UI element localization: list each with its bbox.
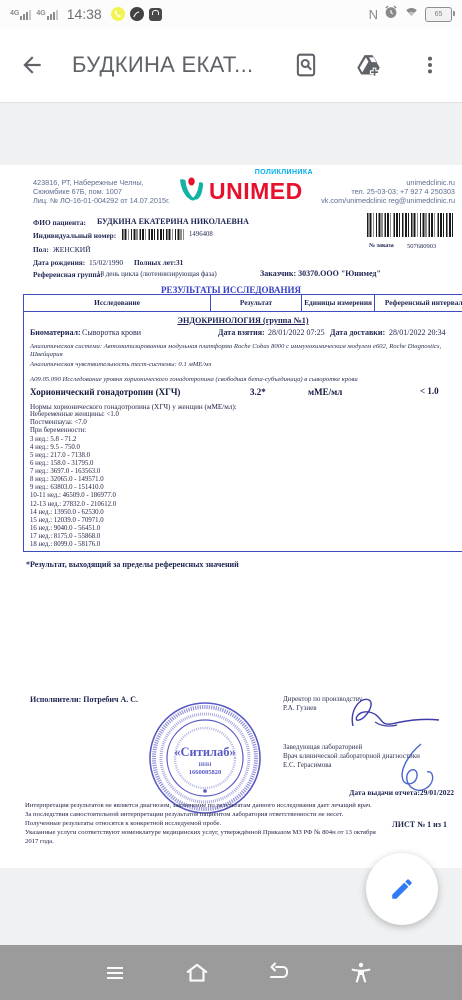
whatsapp-icon (111, 7, 125, 21)
order-barcode (367, 213, 455, 237)
status-time: 14:38 (67, 6, 102, 22)
logo-text: UNIMED (209, 178, 303, 205)
ref-group-value: 18 день цикла (лютеинизирующая фаза) (97, 270, 217, 278)
individual-number-label: Индивидуальный номер: (33, 231, 116, 240)
col-reference: Референсный интервал (375, 295, 462, 311)
list-line: 6 нед.: 158.0 - 31795.0 (30, 460, 237, 468)
list-line: 3 нед.: 5.8 - 71.2 (30, 436, 237, 444)
order-label: № заказа (369, 243, 394, 249)
back-nav-button[interactable] (264, 958, 294, 988)
clinic-logo: ПОЛИКЛИНИКА UNIMED (178, 169, 313, 209)
birth-label: Дата рождения: (33, 258, 85, 267)
battery-icon: 65 (425, 7, 452, 22)
sex-value: ЖЕНСКИЙ (53, 245, 91, 254)
alarm-icon (384, 5, 398, 24)
fio-label: ФИО пациента: (33, 218, 86, 227)
age-value: 31 (176, 258, 183, 267)
list-line: 7 нед.: 3697.0 - 163563.0 (30, 468, 237, 476)
list-line: 4 нед.: 9.5 - 750.0 (30, 444, 237, 452)
list-line: 15 нед.: 12039.0 - 70971.0 (30, 517, 237, 525)
list-line: Указанные услуги соответствуют номенклат… (25, 829, 385, 847)
clinic-address: 423816, РТ, Набережные Челны, Сююмбике 6… (33, 178, 170, 205)
document-page: 423816, РТ, Набережные Челны, Сююмбике 6… (0, 165, 462, 868)
age-label: Полных лет: (134, 258, 176, 267)
list-line: 12-13 нед.: 27832.0 - 210612.0 (30, 501, 237, 509)
ref-group-label: Референсная группа: (33, 270, 103, 279)
list-line: 10-11 нед.: 46509.0 - 186977.0 (30, 492, 237, 500)
list-line: Полученные результаты относятся к конкре… (25, 820, 385, 829)
norms-block: Нормы хорионического гонадотропина (ХГЧ)… (30, 403, 237, 549)
sex-label: Пол: (33, 245, 49, 254)
svg-text:ИНН: ИНН (199, 762, 213, 768)
customer-line: Заказчик: 30370.ООО "Юнимед" (260, 269, 381, 278)
back-arrow-button[interactable] (18, 51, 46, 79)
col-units: Единицы измерения (302, 295, 376, 311)
home-nav-button[interactable] (182, 958, 212, 988)
birth-value: 15/02/1990 (89, 258, 123, 267)
navigation-bar (0, 945, 462, 1000)
list-line: Интерпретация результатов не является ди… (25, 802, 385, 811)
clinic-contacts: unimedclinic.ru тел. 25-03-03; +7 927 4 … (321, 178, 455, 205)
signal-icon-1: 4G (10, 9, 31, 20)
list-line: При беременности: (30, 427, 237, 435)
section-title: ЭНДОКРИНОЛОГИЯ (группа №1) (23, 316, 462, 325)
analytic-system-note: Аналитическая система: Автоматизированна… (30, 343, 458, 359)
patient-barcode (122, 229, 184, 240)
list-line: 16 нед.: 9040.0 - 56451.0 (30, 525, 237, 533)
document-title: БУДКИНА ЕКАТ... (72, 52, 253, 78)
delivered-label: Дата доставки: (330, 328, 385, 337)
overflow-menu-button[interactable] (416, 51, 444, 79)
bag-app-icon (149, 8, 162, 21)
edit-fab-button[interactable] (366, 853, 438, 925)
patient-number: 1496408 (189, 231, 213, 238)
document-viewer[interactable]: 423816, РТ, Набережные Челны, Сююмбике 6… (0, 103, 462, 945)
test-reference: < 1.0 (420, 386, 439, 396)
citilab-stamp: «Ситилаб» ИНН 1660085820 (148, 699, 263, 817)
sensitivity-note: Аналитическая чувствительность тест-сист… (30, 361, 450, 369)
accessibility-nav-button[interactable] (346, 958, 376, 988)
test-name: Хорионический гонадотропин (ХГЧ) (30, 387, 180, 397)
list-line: Постменпауза: <7.0 (30, 419, 237, 427)
svg-text:1660085820: 1660085820 (189, 769, 222, 776)
list-line: 18 нед.: 8099.0 - 58176.0 (30, 541, 237, 549)
taken-value: 28/01/2022 07:25 (268, 328, 325, 337)
list-line: 8 нед.: 32065.0 - 149571.0 (30, 476, 237, 484)
norms-list: Небеременные женщины: <1.0Постменпауза: … (30, 411, 237, 549)
nfc-icon: N (369, 7, 378, 22)
patient-name: БУДКИНА ЕКАТЕРИНА НИКОЛАЕВНА (97, 217, 249, 226)
out-of-range-footnote: *Результат, выходящий за пределы референ… (26, 560, 239, 569)
delivered-value: 28/01/2022 20:34 (389, 328, 446, 337)
menu-nav-button[interactable] (100, 958, 130, 988)
results-table-header: Исследование Результат Единицы измерения… (23, 294, 462, 312)
executors-line: Исполнители: Потребич А. С. (30, 695, 138, 704)
add-to-drive-button[interactable] (354, 51, 382, 79)
col-study: Исследование (24, 295, 211, 311)
biomaterial-label: Биоматериал: (30, 328, 81, 337)
test-result: 3.2* (250, 387, 266, 397)
taken-label: Дата взятия: (218, 328, 265, 337)
issue-date: Дата выдачи отчета:29/01/2022 (349, 788, 454, 797)
footer-disclaimer: Интерпретация результатов не является ди… (25, 802, 385, 847)
wifi-icon (404, 5, 419, 23)
app-bar: БУДКИНА ЕКАТ... (0, 28, 462, 103)
find-in-document-button[interactable] (292, 51, 320, 79)
unimed-logo-icon (178, 177, 208, 205)
norms-title: Нормы хорионического гонадотропина (ХГЧ)… (30, 403, 237, 411)
biomaterial-value: Сыворотка крови (82, 328, 141, 337)
list-line: Небеременные женщины: <1.0 (30, 411, 237, 419)
list-line: 5 нед.: 217.0 - 7138.0 (30, 452, 237, 460)
order-number: 507680903 (407, 243, 436, 250)
svg-text:«Ситилаб»: «Ситилаб» (174, 745, 236, 759)
list-line: За последствия самостоятельной интерпрет… (25, 811, 385, 820)
logo-subtitle: ПОЛИКЛИНИКА (255, 169, 313, 176)
list-line: 14 нед.: 13950.0 - 62530.0 (30, 509, 237, 517)
list-line: 17 нед.: 8175.0 - 55868.0 (30, 533, 237, 541)
code-note: А09.05.090 Исследование уровня хориониче… (30, 376, 458, 384)
sheet-number: ЛИСТ № 1 из 1 (392, 820, 447, 829)
signal-icon-2: 4G (36, 9, 57, 20)
status-bar: 4G 4G 14:38 N 65 (0, 0, 462, 28)
list-line: 9 нед.: 63803.0 - 151410.0 (30, 484, 237, 492)
col-result: Результат (211, 295, 302, 311)
director-signature (335, 692, 450, 737)
music-app-icon (130, 7, 144, 21)
test-units: мМЕ/мл (308, 387, 342, 397)
